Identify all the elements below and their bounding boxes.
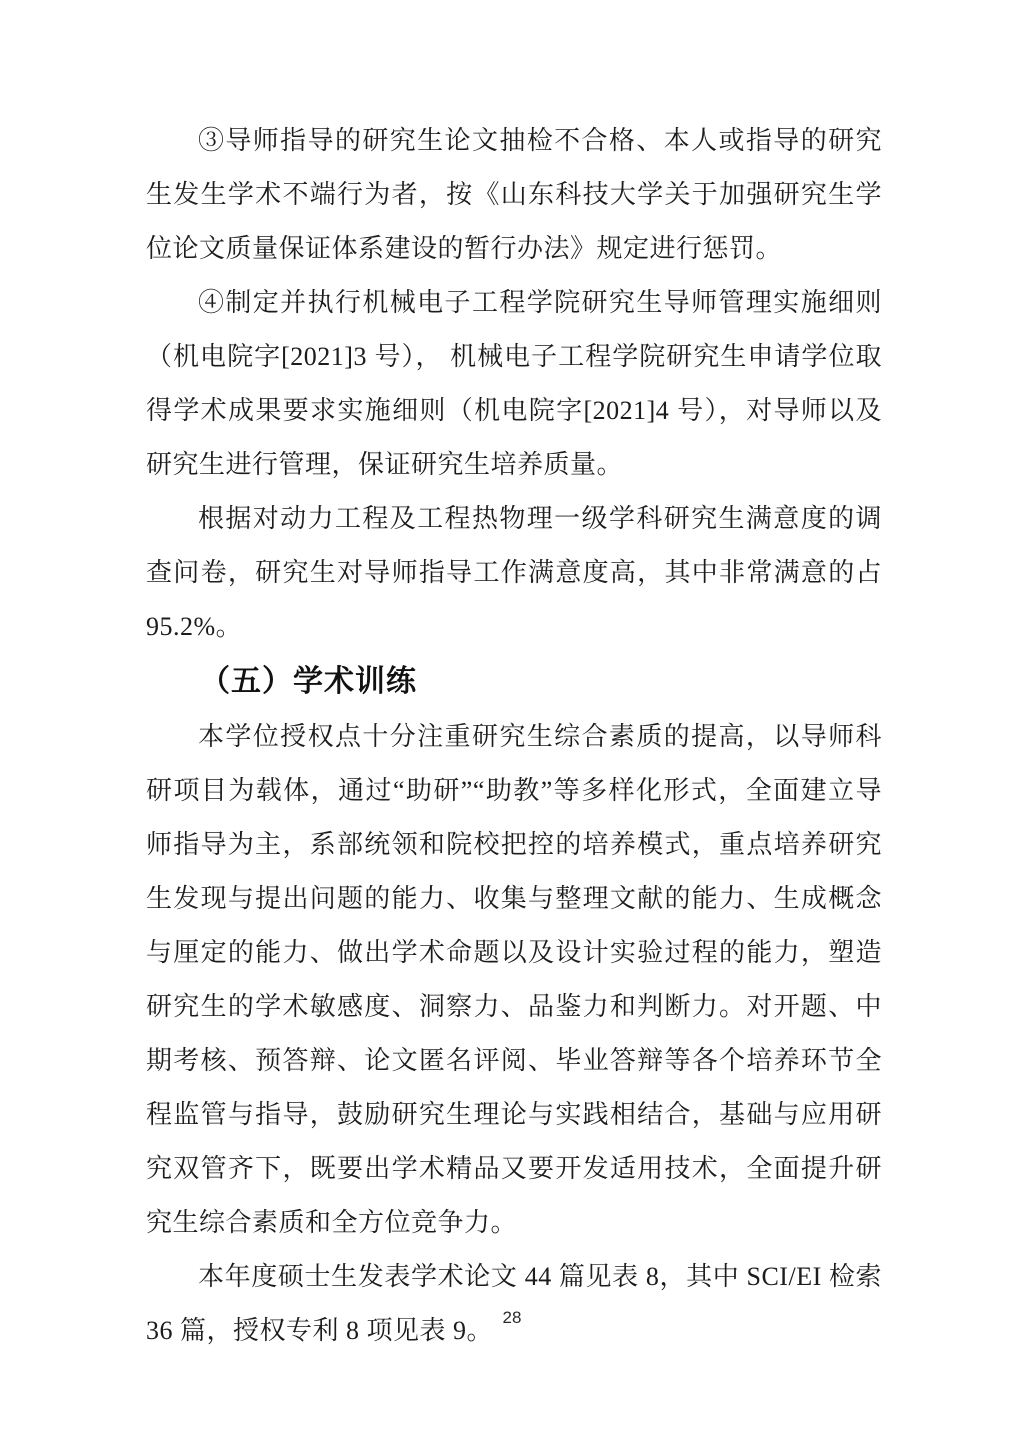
section-heading-academic-training: （五）学术训练 [146,654,882,710]
paragraph-supervisor-rules: ④制定并执行机械电子工程学院研究生导师管理实施细则（机电院字[2021]3 号）… [146,276,882,492]
page-content: ③导师指导的研究生论文抽检不合格、本人或指导的研究生发生学术不端行为者，按《山东… [146,114,882,1358]
document-page: ③导师指导的研究生论文抽检不合格、本人或指导的研究生发生学术不端行为者，按《山东… [0,0,1024,1448]
paragraph-supervisor-punishment: ③导师指导的研究生论文抽检不合格、本人或指导的研究生发生学术不端行为者，按《山东… [146,114,882,276]
paragraph-academic-training: 本学位授权点十分注重研究生综合素质的提高，以导师科研项目为载体，通过“助研”“助… [146,710,882,1250]
paragraph-publications-summary: 本年度硕士生发表学术论文 44 篇见表 8，其中 SCI/EI 检索 36 篇，… [146,1250,882,1358]
page-number: 28 [0,1308,1024,1328]
paragraph-satisfaction-survey: 根据对动力工程及工程热物理一级学科研究生满意度的调查问卷，研究生对导师指导工作满… [146,492,882,654]
